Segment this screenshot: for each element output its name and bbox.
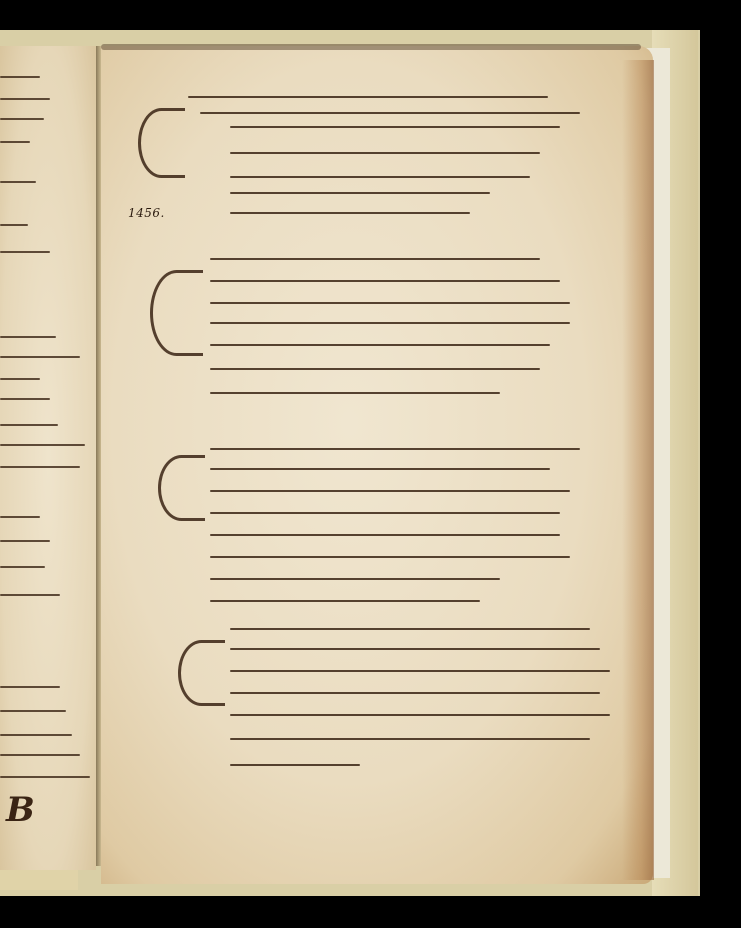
text-line [210, 448, 580, 450]
text-line [210, 556, 570, 558]
decorated-initial: B [6, 790, 35, 830]
ink-stroke [0, 356, 80, 358]
ink-stroke [0, 378, 40, 380]
ink-stroke [0, 251, 50, 253]
text-line [230, 628, 590, 630]
ink-stroke [0, 516, 40, 518]
text-line [210, 578, 500, 580]
initial-letter [138, 108, 185, 178]
text-line [230, 212, 470, 214]
text-line [230, 714, 610, 716]
text-line [210, 392, 500, 394]
margin-year-note: 1456. [128, 206, 165, 220]
ink-stroke [0, 466, 80, 468]
text-line [230, 692, 600, 694]
initial-letter [178, 640, 225, 706]
ink-stroke [0, 141, 30, 143]
text-line [230, 126, 560, 128]
initial-letter [150, 270, 203, 356]
text-line [230, 176, 530, 178]
ink-stroke [0, 734, 72, 736]
text-line [210, 344, 550, 346]
text-line [230, 648, 600, 650]
initial-letter [158, 455, 205, 521]
text-line [230, 152, 540, 154]
left-page-base [0, 870, 78, 890]
text-line [230, 764, 360, 766]
ink-stroke [0, 686, 60, 688]
text-line [210, 280, 560, 282]
ink-stroke [0, 118, 44, 120]
text-line [230, 670, 610, 672]
text-line [188, 96, 548, 98]
text-line [210, 490, 570, 492]
text-line [210, 512, 560, 514]
ink-stroke [0, 444, 85, 446]
ink-stroke [0, 98, 50, 100]
text-line [210, 258, 540, 260]
ink-stroke [0, 424, 58, 426]
ink-stroke [0, 594, 60, 596]
text-line [200, 112, 580, 114]
ink-stroke [0, 540, 50, 542]
ink-stroke [0, 566, 45, 568]
text-line [210, 302, 570, 304]
left-page [0, 46, 96, 870]
text-line [230, 192, 490, 194]
ink-stroke [0, 336, 56, 338]
text-line [230, 738, 590, 740]
text-line [210, 322, 570, 324]
ink-stroke [0, 76, 40, 78]
ink-stroke [0, 181, 36, 183]
text-line [210, 368, 540, 370]
text-line [210, 600, 480, 602]
ink-stroke [0, 754, 80, 756]
ink-stroke [0, 398, 50, 400]
ink-stroke [0, 710, 66, 712]
ink-stroke [0, 776, 90, 778]
text-line [210, 468, 550, 470]
ink-stroke [0, 224, 28, 226]
page-edge-stain [622, 60, 654, 880]
text-line [210, 534, 560, 536]
page-top-edge [101, 44, 641, 50]
